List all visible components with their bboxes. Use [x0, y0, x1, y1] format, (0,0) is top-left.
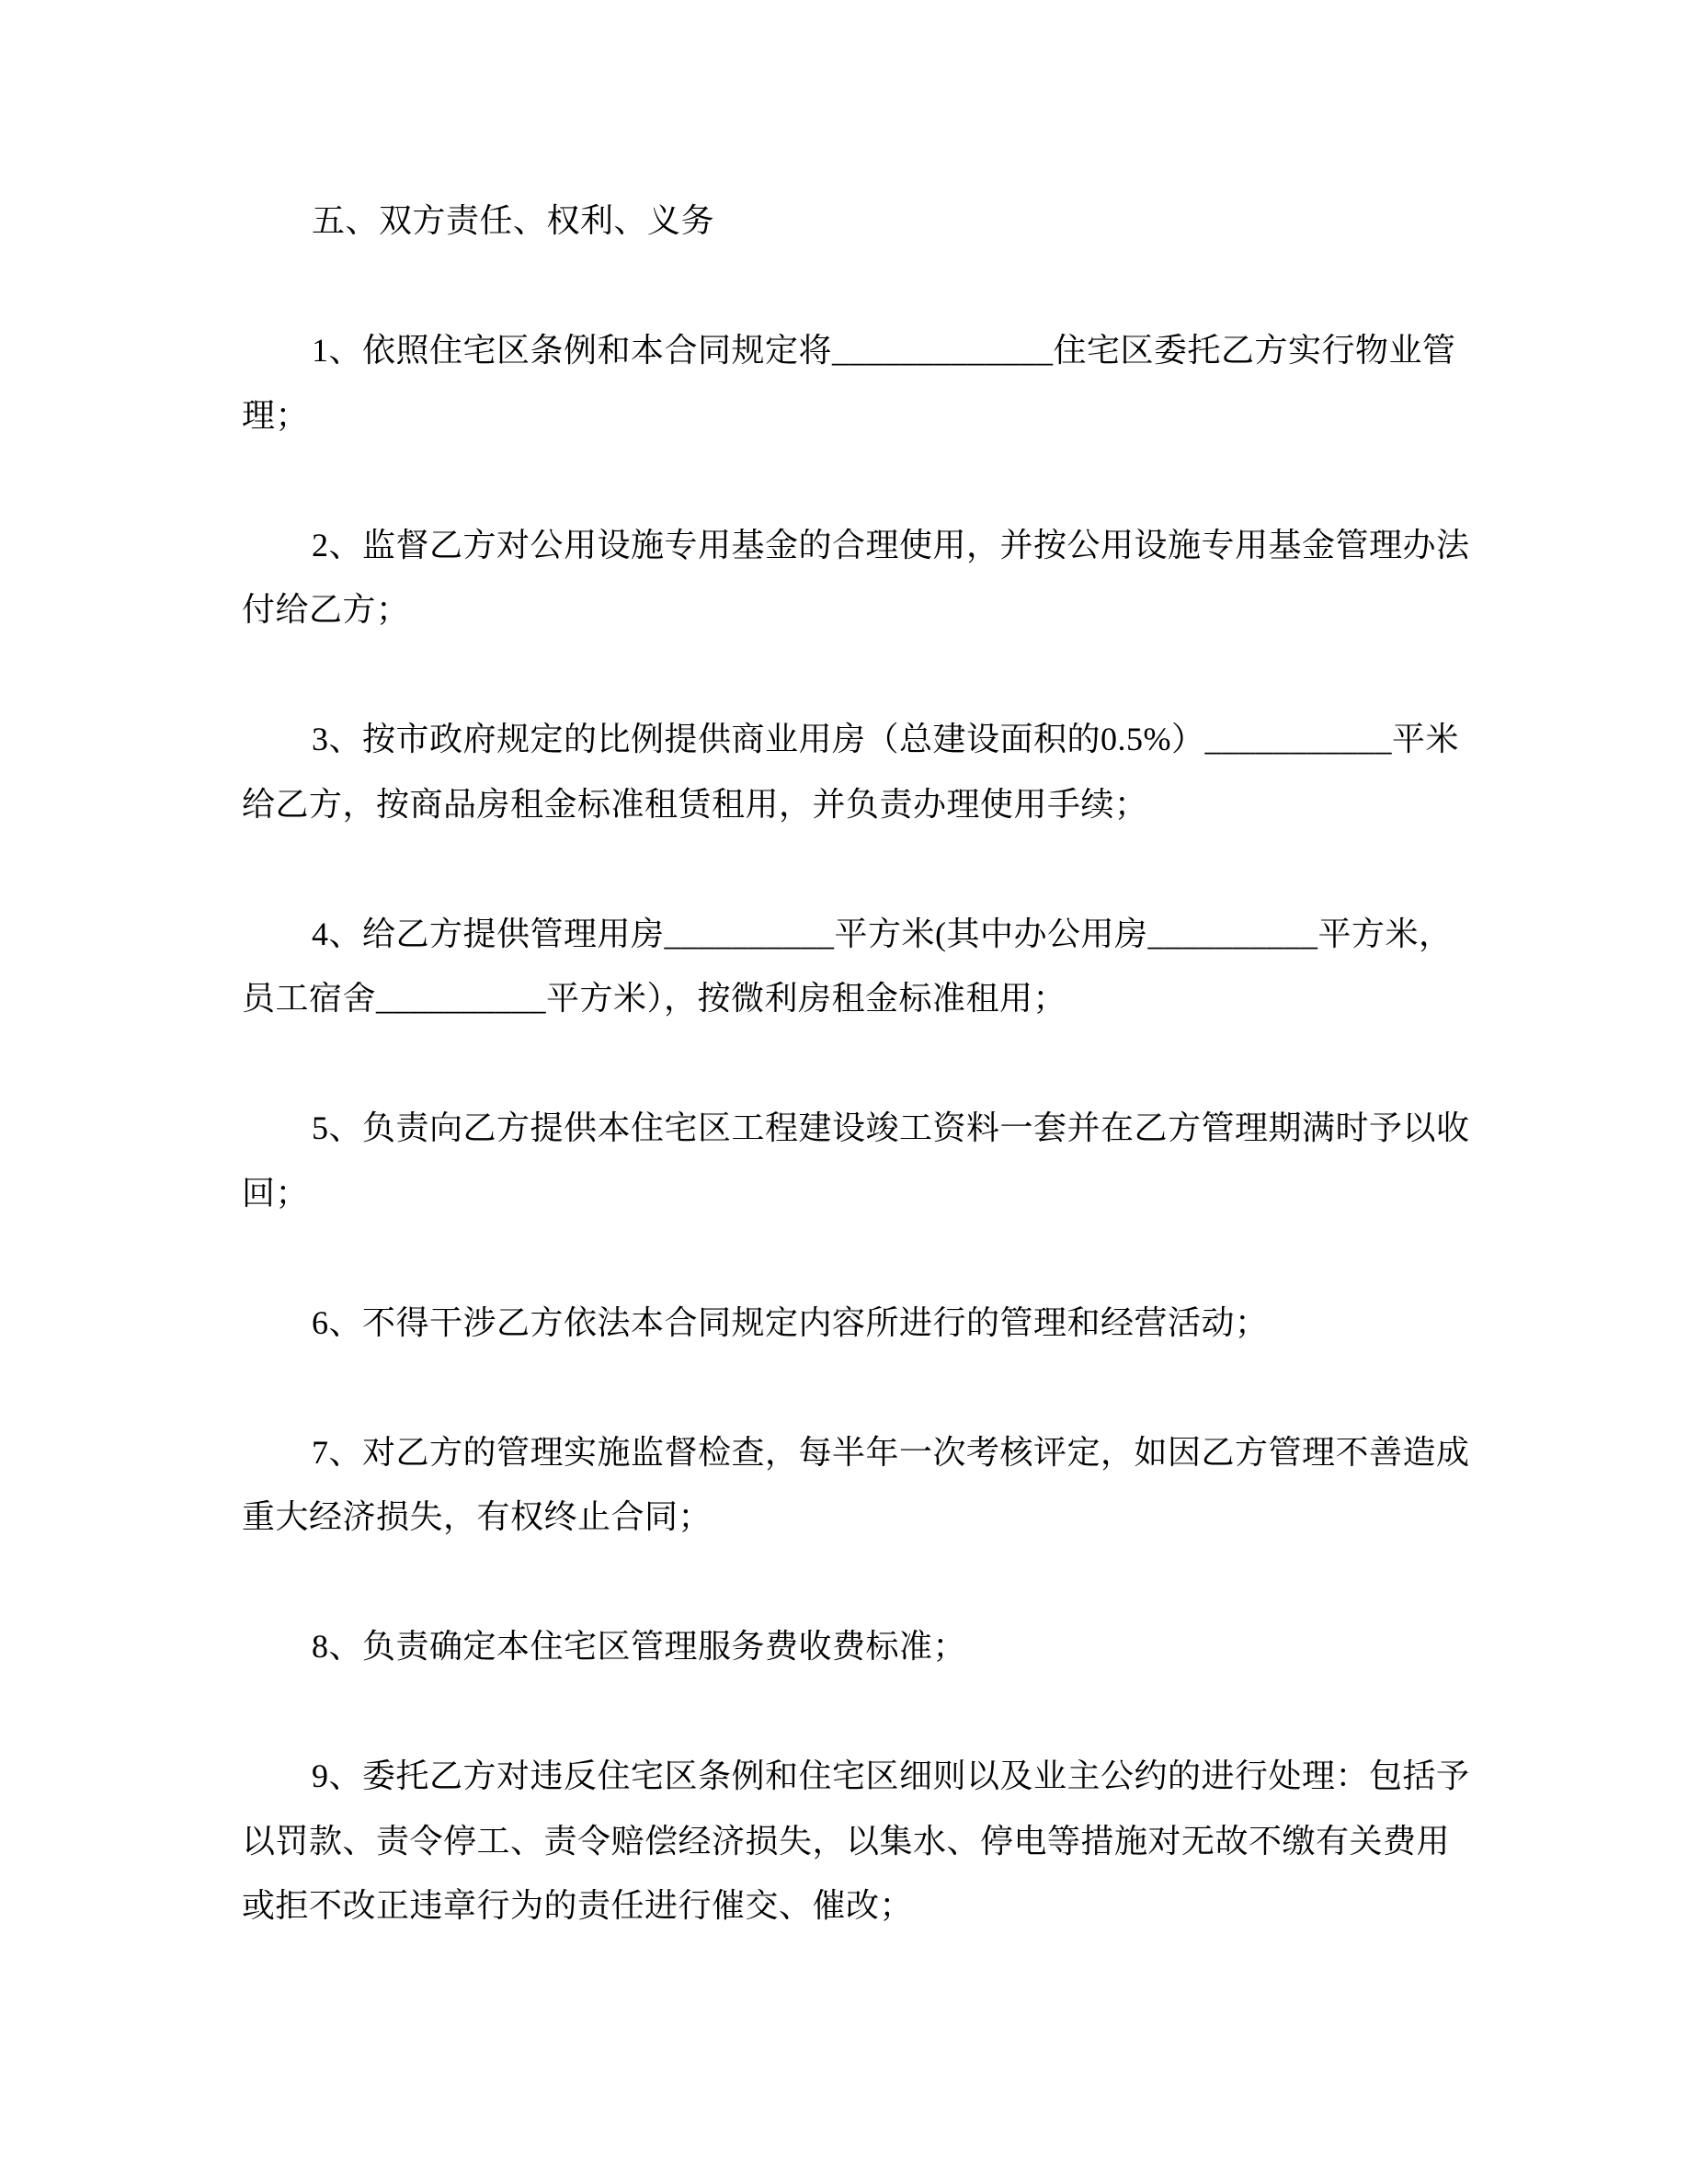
clause-7: 7、对乙方的管理实施监督检查，每半年一次考核评定，如因乙方管理不善造成 重大经济… [242, 1420, 1455, 1550]
contract-text-line: 4、给乙方提供管理用房__________平方米(其中办公用房_________… [242, 902, 1455, 967]
contract-text-line: 9、委托乙方对违反住宅区条例和住宅区细则以及业主公约的进行处理：包括予 [242, 1744, 1455, 1809]
clause-6: 6、不得干涉乙方依法本合同规定内容所进行的管理和经营活动； [242, 1291, 1455, 1356]
contract-text-line: 5、负责向乙方提供本住宅区工程建设竣工资料一套并在乙方管理期满时予以收 [242, 1096, 1455, 1161]
clause-1: 1、依照住宅区条例和本合同规定将_____________住宅区委托乙方实行物业… [242, 318, 1455, 448]
contract-text-line: 7、对乙方的管理实施监督检查，每半年一次考核评定，如因乙方管理不善造成 [242, 1420, 1455, 1485]
clause-2: 2、监督乙方对公用设施专用基金的合理使用，并按公用设施专用基金管理办法 付给乙方… [242, 513, 1455, 643]
contract-text-line: 6、不得干涉乙方依法本合同规定内容所进行的管理和经营活动； [242, 1291, 1455, 1356]
clause-9: 9、委托乙方对违反住宅区条例和住宅区细则以及业主公约的进行处理：包括予 以罚款、… [242, 1744, 1455, 1939]
contract-text-line: 理； [242, 383, 1455, 449]
clause-8: 8、负责确定本住宅区管理服务费收费标准； [242, 1614, 1455, 1679]
clause-3: 3、按市政府规定的比例提供商业用房（总建设面积的0.5%）___________… [242, 707, 1455, 836]
contract-text-line: 回； [242, 1161, 1455, 1226]
section-heading-text: 五、双方责任、权利、义务 [242, 188, 1455, 254]
contract-text-line: 给乙方，按商品房租金标准租赁租用，并负责办理使用手续； [242, 772, 1455, 837]
document-page: 五、双方责任、权利、义务 1、依照住宅区条例和本合同规定将___________… [0, 0, 1688, 2184]
contract-text-line: 8、负责确定本住宅区管理服务费收费标准； [242, 1614, 1455, 1679]
contract-text-line: 或拒不改正违章行为的责任进行催交、催改； [242, 1873, 1455, 1939]
clause-5: 5、负责向乙方提供本住宅区工程建设竣工资料一套并在乙方管理期满时予以收 回； [242, 1096, 1455, 1225]
contract-text-line: 3、按市政府规定的比例提供商业用房（总建设面积的0.5%）___________… [242, 707, 1455, 772]
contract-text-line: 以罚款、责令停工、责令赔偿经济损失，以集水、停电等措施对无故不缴有关费用 [242, 1809, 1455, 1874]
contract-text-line: 1、依照住宅区条例和本合同规定将_____________住宅区委托乙方实行物业… [242, 318, 1455, 383]
contract-text-line: 付给乙方； [242, 577, 1455, 643]
clause-4: 4、给乙方提供管理用房__________平方米(其中办公用房_________… [242, 902, 1455, 1031]
contract-body: 五、双方责任、权利、义务 1、依照住宅区条例和本合同规定将___________… [242, 188, 1455, 2003]
contract-text-line: 重大经济损失，有权终止合同； [242, 1484, 1455, 1550]
contract-text-line: 2、监督乙方对公用设施专用基金的合理使用，并按公用设施专用基金管理办法 [242, 513, 1455, 578]
contract-text-line: 员工宿舍__________平方米），按微利房租金标准租用； [242, 966, 1455, 1031]
section-heading: 五、双方责任、权利、义务 [242, 188, 1455, 254]
